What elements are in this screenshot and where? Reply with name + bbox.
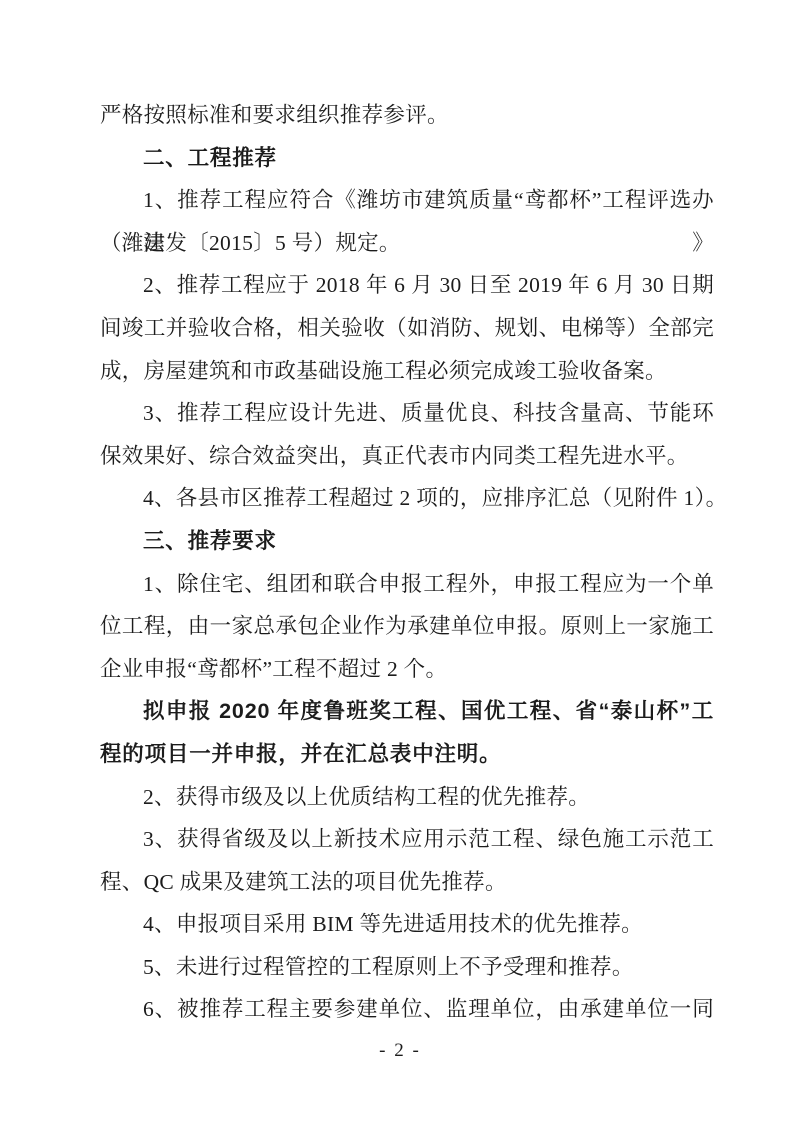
document-page: 严格按照标准和要求组织推荐参评。 二、工程推荐 1、推荐工程应符合《潍坊市建筑质… — [0, 0, 800, 1131]
text-line: 4、各县市区推荐工程超过 2 项的，应排序汇总（见附件 1）。 — [100, 477, 714, 520]
text-line: 1、推荐工程应符合《潍坊市建筑质量“鸢都杯”工程评选办法》 — [100, 179, 714, 222]
text-line: 2、推荐工程应于 2018 年 6 月 30 日至 2019 年 6 月 30 … — [100, 264, 714, 307]
emphasis-line: 程的项目一并申报，并在汇总表中注明。 — [100, 733, 714, 776]
text-line: 6、被推荐工程主要参建单位、监理单位，由承建单位一同 — [100, 988, 714, 1031]
section-heading-2: 二、工程推荐 — [100, 137, 714, 180]
text-line: 3、获得省级及以上新技术应用示范工程、绿色施工示范工 — [100, 818, 714, 861]
text-line: 成，房屋建筑和市政基础设施工程必须完成竣工验收备案。 — [100, 350, 714, 393]
emphasis-line: 拟申报 2020 年度鲁班奖工程、国优工程、省“泰山杯”工 — [100, 690, 714, 733]
text-line: 保效果好、综合效益突出，真正代表市内同类工程先进水平。 — [100, 435, 714, 478]
text-line: 5、未进行过程管控的工程原则上不予受理和推荐。 — [100, 946, 714, 989]
document-body: 严格按照标准和要求组织推荐参评。 二、工程推荐 1、推荐工程应符合《潍坊市建筑质… — [100, 94, 714, 1031]
text-line: 程、QC 成果及建筑工法的项目优先推荐。 — [100, 861, 714, 904]
text-line: 3、推荐工程应设计先进、质量优良、科技含量高、节能环 — [100, 392, 714, 435]
text-line: 企业申报“鸢都杯”工程不超过 2 个。 — [100, 648, 714, 691]
text-line: 4、申报项目采用 BIM 等先进适用技术的优先推荐。 — [100, 903, 714, 946]
text-line: 严格按照标准和要求组织推荐参评。 — [100, 94, 714, 137]
section-heading-3: 三、推荐要求 — [100, 520, 714, 563]
page-number: - 2 - — [0, 1040, 800, 1062]
text-line: 间竣工并验收合格，相关验收（如消防、规划、电梯等）全部完 — [100, 307, 714, 350]
text-line: 位工程，由一家总承包企业作为承建单位申报。原则上一家施工 — [100, 605, 714, 648]
text-line: 2、获得市级及以上优质结构工程的优先推荐。 — [100, 776, 714, 819]
text-line: 1、除住宅、组团和联合申报工程外，申报工程应为一个单 — [100, 563, 714, 606]
